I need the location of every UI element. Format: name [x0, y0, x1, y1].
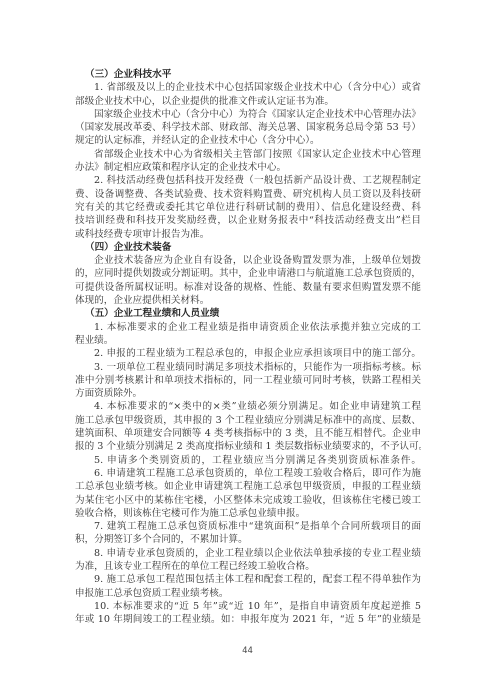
paragraph-line: 程业绩。 — [75, 334, 421, 347]
paragraph-line: 验收合格，则该栋住宅楼可作为施工总承包业绩申报。 — [75, 507, 421, 520]
paragraph-line: 体现的，企业应提供相关材料。 — [75, 294, 421, 307]
paragraph-line: 准中分别考核累计和单项技术指标的，同一工程业绩可同时考核，铁路工程相关 — [75, 374, 421, 387]
section-heading: （四）企业技术装备 — [75, 241, 421, 254]
page-number: 44 — [0, 646, 495, 656]
paragraph-first-line: 3. 一项单位工程业绩同时满足多项技术指标的，只能作为一项指标考核。标 — [75, 361, 421, 374]
paragraph-first-line: 1. 省部级及以上的企业技术中心包括国家级企业技术中心（含分中心）或省 — [75, 81, 421, 94]
paragraph-first-line: 企业技术装备应为企业自有设备，以企业设备购置发票为准，上级单位划拨 — [75, 254, 421, 267]
paragraph-line: 的，应同时提供划拨或分割证明。其中，企业申请港口与航道施工总承包资质的， — [75, 267, 421, 280]
paragraph-line: 年或 10 年期间竣工的工程业绩。如：申报年度为 2021 年，“近 5 年”的… — [75, 613, 421, 626]
paragraph-line: （国家发展改革委、科学技术部、财政部、海关总署、国家税务总局令第 53 号） — [75, 121, 421, 134]
paragraph-line: 技培训经费和科技开发奖励经费，以企业财务报表中“科技活动经费支出”栏目 — [75, 214, 421, 227]
paragraph-first-line: 国家级企业技术中心（含分中心）为符合《国家认定企业技术中心管理办法》 — [75, 108, 421, 121]
paragraph-first-line: 10. 本标准要求的“近 5 年”或“近 10 年”，是指自申请资质年度起逆推 … — [75, 600, 421, 613]
paragraph-line: 申报施工总承包资质工程业绩考核。 — [75, 587, 421, 600]
paragraph-line: 究有关的其它经费或委托其它单位进行科研试制的费用）、信息化建设经费、科 — [75, 201, 421, 214]
paragraph-first-line: 9. 施工总承包工程范围包括主体工程和配套工程的，配套工程不得单独作为 — [75, 573, 421, 586]
paragraph-line: 或科技经费专项审计报告为准。 — [75, 228, 421, 241]
paragraph-line: 施工总承包甲级资质，其申报的 3 个工程业绩应分别满足标准中的高度、层数、 — [75, 414, 421, 427]
section-heading: （三）企业科技水平 — [75, 68, 421, 81]
paragraph-first-line: 2. 申报的工程业绩为工程总承包的，申报企业应承担该项目中的施工部分。 — [75, 347, 421, 360]
paragraph-first-line: 2. 科技活动经费包括科技开发经费（一般包括新产品设计费、工艺规程制定 — [75, 174, 421, 187]
paragraph-first-line: 5. 申请多个类别资质的，工程业绩应当分别满足各类别资质标准条件。 — [75, 454, 421, 467]
paragraph-line: 部级企业技术中心，以企业提供的批准文件或认定证书为准。 — [75, 95, 421, 108]
document-page: （三）企业科技水平1. 省部级及以上的企业技术中心包括国家级企业技术中心（含分中… — [75, 68, 421, 626]
paragraph-line: 为某住宅小区中的某栋住宅楼，小区整体未完成竣工验收，但该栋住宅楼已竣工 — [75, 494, 421, 507]
paragraph-line: 办法》制定相应政策和程序认定的企业技术中心。 — [75, 161, 421, 174]
section-heading: （五）企业工程业绩和人员业绩 — [75, 307, 421, 320]
paragraph-first-line: 省部级企业技术中心为省级相关主管部门按照《国家认定企业技术中心管理 — [75, 148, 421, 161]
paragraph-line: 为准，且该专业工程所在的单位工程已经竣工验收合格。 — [75, 560, 421, 573]
paragraph-line: 报的 3 个业绩分别满足 2 类高度指标业绩和 1 类层数指标业绩要求的，不予认… — [75, 440, 421, 453]
paragraph-first-line: 7. 建筑工程施工总承包资质标准中“建筑面积”是指单个合同所载项目的面 — [75, 520, 421, 533]
paragraph-first-line: 6. 申请建筑工程施工总承包资质的，单位工程竣工验收合格后，即可作为施 — [75, 467, 421, 480]
paragraph-line: 规定的认定标准，并经认定的企业技术中心（含分中心）。 — [75, 134, 421, 147]
paragraph-first-line: 8. 申请专业承包资质的，企业工程业绩以企业依法单独承接的专业工程业绩 — [75, 547, 421, 560]
paragraph-first-line: 1. 本标准要求的企业工程业绩是指申请资质企业依法承揽并独立完成的工 — [75, 321, 421, 334]
paragraph-line: 费、设备调整费、各类试验费、技术资料购置费、研究机构人员工资以及科技研 — [75, 188, 421, 201]
paragraph-line: 积，分期签订多个合同的，不累加计算。 — [75, 533, 421, 546]
paragraph-line: 建筑面积、单项建安合同额等 4 类考核指标中的 3 类，且不能互相替代。企业申 — [75, 427, 421, 440]
paragraph-line: 方面资质除外。 — [75, 387, 421, 400]
paragraph-line: 可提供设备所属权证明。标准对设备的规格、性能、数量有要求但购置发票不能 — [75, 281, 421, 294]
paragraph-first-line: 4. 本标准要求的“×类中的×类”业绩必须分别满足。如企业申请建筑工程 — [75, 400, 421, 413]
paragraph-line: 工总承包业绩考核。如企业申请建筑工程施工总承包甲级资质，申报的工程业绩 — [75, 480, 421, 493]
